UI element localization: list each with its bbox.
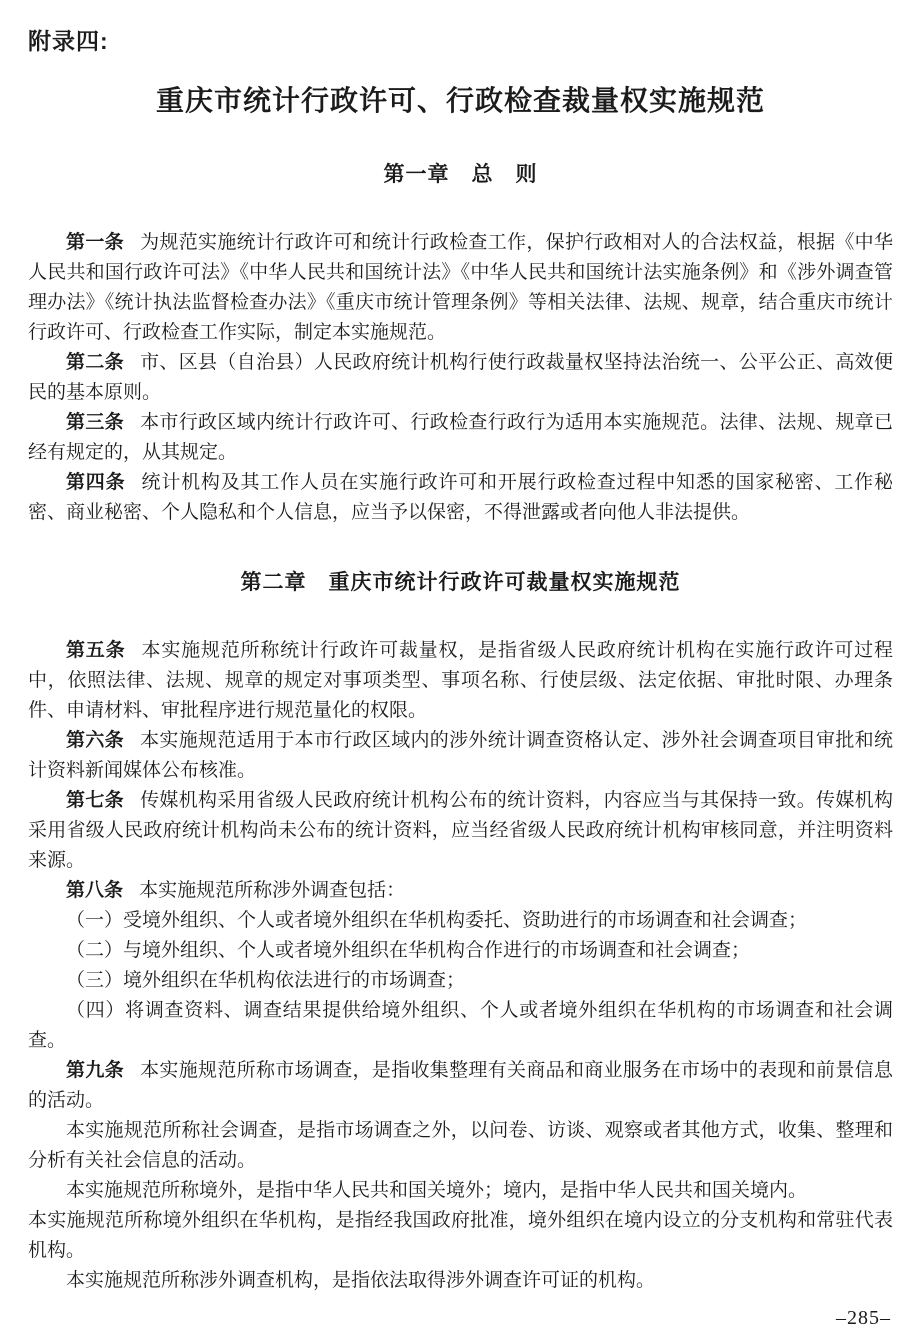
article-paragraph: 第三条本市行政区域内统计行政许可、行政检查行政行为适用本实施规范。法律、法规、规… bbox=[28, 408, 893, 468]
article-paragraph: 第六条本实施规范适用于本市行政区域内的涉外统计调查资格认定、涉外社会调查项目审批… bbox=[28, 726, 893, 786]
chapter-heading: 第一章 总 则 bbox=[28, 160, 893, 190]
article-text: 传媒机构采用省级人民政府统计机构公布的统计资料，内容应当与其保持一致。传媒机构采… bbox=[28, 790, 893, 871]
article-text: 统计机构及其工作人员在实施行政许可和开展行政检查过程中知悉的国家秘密、工作秘密、… bbox=[28, 472, 893, 523]
paragraph: 本实施规范所称境外组织在华机构，是指经我国政府批准，境外组织在境内设立的分支机构… bbox=[28, 1206, 893, 1266]
article-label: 第六条 bbox=[66, 730, 124, 751]
article-text: 为规范实施统计行政许可和统计行政检查工作，保护行政相对人的合法权益，根据《中华人… bbox=[28, 232, 893, 343]
article-text: 本实施规范所称涉外调查包括： bbox=[139, 880, 405, 901]
article-label: 第一条 bbox=[66, 232, 124, 253]
paragraph: 本实施规范所称境外，是指中华人民共和国关境外；境内，是指中华人民共和国关境内。 bbox=[28, 1176, 893, 1206]
article-label: 第二条 bbox=[66, 352, 124, 373]
article-text: 本市行政区域内统计行政许可、行政检查行政行为适用本实施规范。法律、法规、规章已经… bbox=[28, 412, 893, 463]
list-item: （四）将调查资料、调查结果提供给境外组织、个人或者境外组织在华机构的市场调查和社… bbox=[28, 996, 893, 1056]
list-item: （二）与境外组织、个人或者境外组织在华机构合作进行的市场调查和社会调查； bbox=[28, 936, 893, 966]
article-text: 本实施规范适用于本市行政区域内的涉外统计调查资格认定、涉外社会调查项目审批和统计… bbox=[28, 730, 893, 781]
article-paragraph: 第八条本实施规范所称涉外调查包括： bbox=[28, 876, 893, 906]
article-label: 第三条 bbox=[66, 412, 124, 433]
article-label: 第九条 bbox=[66, 1060, 124, 1081]
article-paragraph: 第二条市、区县（自治县）人民政府统计机构行使行政裁量权坚持法治统一、公平公正、高… bbox=[28, 348, 893, 408]
article-paragraph: 第四条统计机构及其工作人员在实施行政许可和开展行政检查过程中知悉的国家秘密、工作… bbox=[28, 468, 893, 528]
article-text: 市、区县（自治县）人民政府统计机构行使行政裁量权坚持法治统一、公平公正、高效便民… bbox=[28, 352, 893, 403]
list-item: （一）受境外组织、个人或者境外组织在华机构委托、资助进行的市场调查和社会调查； bbox=[28, 906, 893, 936]
article-paragraph: 第九条本实施规范所称市场调查，是指收集整理有关商品和商业服务在市场中的表现和前景… bbox=[28, 1056, 893, 1116]
article-text: 本实施规范所称市场调查，是指收集整理有关商品和商业服务在市场中的表现和前景信息的… bbox=[28, 1060, 893, 1111]
article-label: 第八条 bbox=[66, 880, 123, 901]
article-label: 第四条 bbox=[66, 472, 125, 493]
article-label: 第七条 bbox=[66, 790, 124, 811]
paragraph: 本实施规范所称涉外调查机构，是指依法取得涉外调查许可证的机构。 bbox=[28, 1266, 893, 1296]
article-paragraph: 第七条传媒机构采用省级人民政府统计机构公布的统计资料，内容应当与其保持一致。传媒… bbox=[28, 786, 893, 876]
chapter-heading: 第二章 重庆市统计行政许可裁量权实施规范 bbox=[28, 568, 893, 598]
page-number: –285– bbox=[836, 1306, 891, 1330]
article-paragraph: 第五条本实施规范所称统计行政许可裁量权，是指省级人民政府统计机构在实施行政许可过… bbox=[28, 636, 893, 726]
article-text: 本实施规范所称统计行政许可裁量权，是指省级人民政府统计机构在实施行政许可过程中，… bbox=[28, 640, 893, 721]
document-content: 第一章 总 则第一条为规范实施统计行政许可和统计行政检查工作，保护行政相对人的合… bbox=[28, 160, 893, 1296]
paragraph: 本实施规范所称社会调查，是指市场调查之外，以问卷、访谈、观察或者其他方式，收集、… bbox=[28, 1116, 893, 1176]
article-paragraph: 第一条为规范实施统计行政许可和统计行政检查工作，保护行政相对人的合法权益，根据《… bbox=[28, 228, 893, 348]
appendix-label: 附录四: bbox=[28, 26, 893, 56]
document-title: 重庆市统计行政许可、行政检查裁量权实施规范 bbox=[28, 82, 893, 120]
list-item: （三）境外组织在华机构依法进行的市场调查； bbox=[28, 966, 893, 996]
document-page: 附录四: 重庆市统计行政许可、行政检查裁量权实施规范 第一章 总 则第一条为规范… bbox=[0, 0, 921, 1342]
article-label: 第五条 bbox=[66, 640, 125, 661]
